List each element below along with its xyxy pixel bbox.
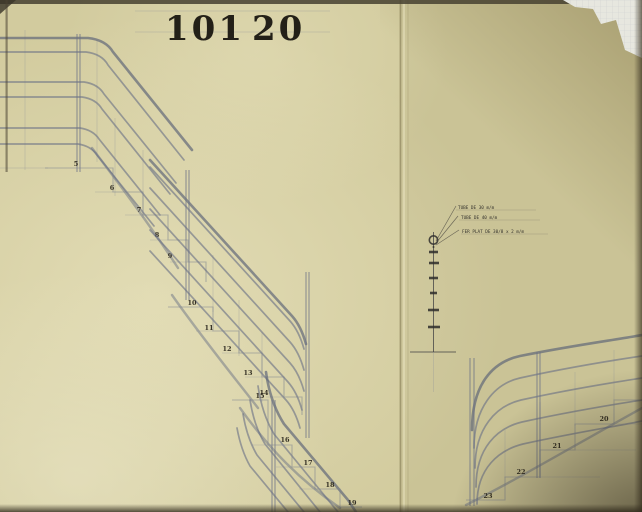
drawing-photo: 5 6 7 8 9 10 11 12 13 14 [0, 0, 642, 512]
railing-drawing-canvas: 5 6 7 8 9 10 11 12 13 14 [0, 0, 642, 512]
bottom-right-shadow [0, 0, 642, 512]
photo-edges [0, 0, 642, 512]
